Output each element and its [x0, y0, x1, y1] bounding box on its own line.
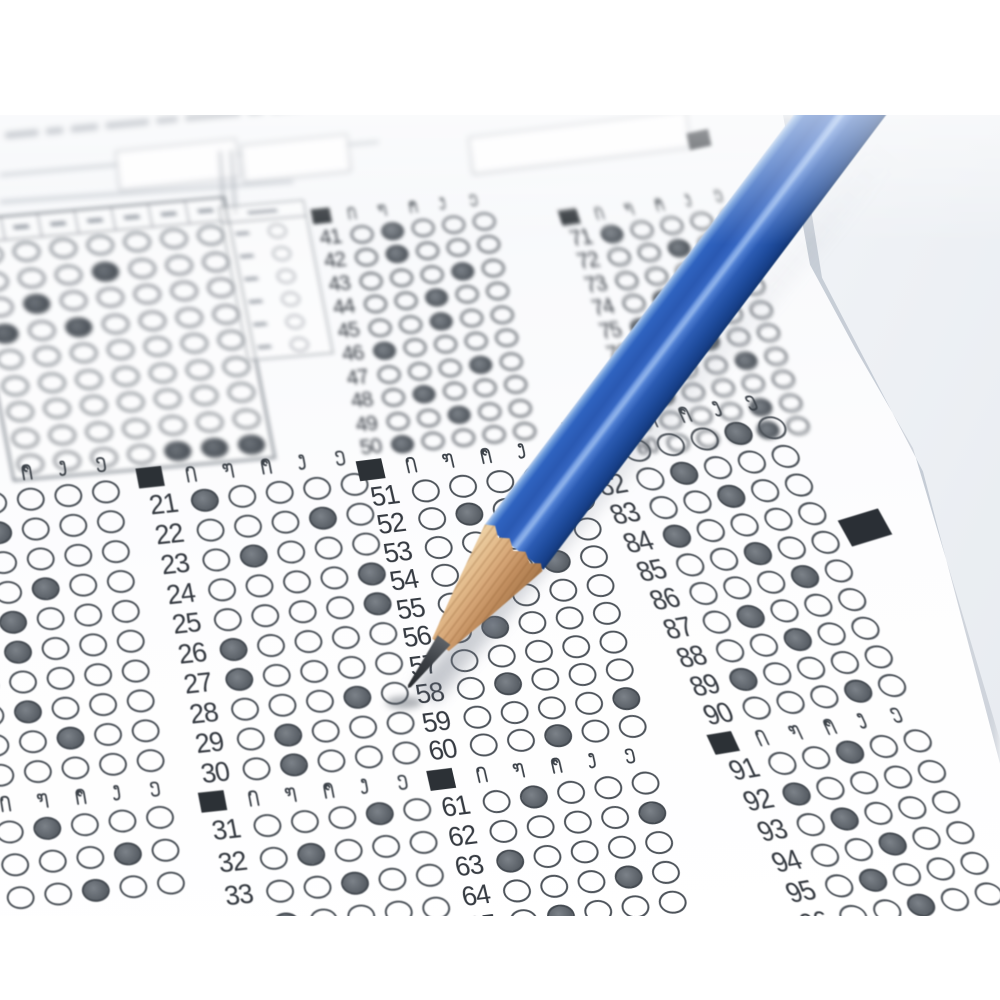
answer-bubble — [194, 517, 226, 543]
id-bubble — [121, 417, 152, 439]
answer-bubble — [0, 702, 6, 728]
choice-letter — [457, 188, 491, 210]
pencil-tip-shadow — [386, 696, 422, 709]
answer-bubble — [480, 258, 506, 278]
answer-bubble — [135, 747, 166, 773]
answer-bubble — [538, 873, 571, 899]
answer-bubble-filled — [217, 636, 249, 662]
answer-bubble-filled — [492, 671, 525, 697]
answer-bubble — [258, 845, 290, 871]
id-bubble — [159, 228, 190, 250]
choice-letter-icon — [395, 771, 411, 791]
answer-bubble — [383, 899, 415, 916]
answer-bubble — [17, 728, 48, 754]
code-bubble — [267, 223, 288, 238]
answer-bubble — [42, 881, 73, 907]
answer-bubble — [269, 509, 301, 535]
answer-bubble — [345, 903, 377, 916]
answer-bubble — [298, 658, 330, 684]
answer-bubble — [629, 769, 662, 795]
answer-bubble — [762, 346, 790, 367]
answer-bubble — [336, 654, 368, 680]
id-bubble — [137, 309, 168, 331]
answer-bubble — [874, 672, 911, 699]
answer-bubble-filled — [453, 501, 486, 527]
choice-letter — [97, 780, 138, 803]
id-bubble — [68, 342, 99, 364]
choice-letter-icon — [182, 463, 198, 483]
answer-bubble — [820, 557, 857, 584]
choice-letter-icon — [18, 461, 34, 481]
answer-bubble — [471, 211, 497, 231]
answer-bubble — [130, 718, 161, 744]
answer-bubble — [110, 598, 141, 624]
choice-letter — [461, 762, 503, 785]
answer-bubble — [794, 500, 831, 527]
answer-bubble — [575, 868, 608, 894]
answer-bubble-filled — [238, 543, 270, 569]
answer-bubble — [45, 665, 76, 691]
answer-bubble-filled — [364, 801, 396, 827]
answer-bubble-filled — [307, 505, 339, 531]
answer-bubble — [53, 482, 84, 508]
answer-bubble — [928, 789, 965, 816]
answer-bubble — [5, 885, 36, 911]
answer-bubble — [232, 513, 264, 539]
question-number: 33 — [202, 878, 264, 915]
answer-bubble — [402, 338, 428, 358]
answer-bubble — [275, 539, 307, 565]
answer-bubble — [398, 314, 424, 334]
choice-letter-icon — [514, 440, 531, 460]
answer-bubble-filled — [384, 244, 410, 264]
answer-bubble — [251, 813, 283, 839]
answer-bubble — [82, 661, 113, 687]
answer-bubble — [599, 804, 632, 830]
answer-bubble — [330, 624, 362, 650]
id-bubble — [11, 241, 42, 263]
id-bubble — [127, 257, 158, 279]
answer-bubble — [501, 877, 534, 903]
id-bubble — [0, 296, 15, 318]
choice-letter-icon — [245, 787, 261, 807]
answer-bubble — [547, 577, 580, 603]
id-bubble — [0, 270, 10, 292]
answer-bubble — [860, 643, 897, 670]
choice-letter-icon — [622, 745, 639, 765]
id-bubble — [47, 424, 78, 446]
id-bubble — [126, 443, 157, 465]
id-bubble — [16, 267, 47, 289]
answer-bubble — [264, 479, 296, 505]
choice-letter-icon — [220, 459, 236, 479]
answer-bubble — [807, 529, 844, 556]
answer-bubble — [419, 264, 445, 284]
answer-bubble — [656, 889, 689, 915]
choice-letter-icon — [886, 704, 907, 725]
choice-letter — [60, 784, 101, 807]
answer-bubble-filled — [2, 639, 33, 665]
answer-bubble — [302, 874, 334, 900]
answer-bubble — [243, 572, 275, 598]
answer-bubble — [0, 579, 24, 605]
choice-letter-icon — [622, 200, 636, 216]
answer-bubble — [0, 490, 9, 516]
answer-bubble — [568, 838, 601, 864]
answer-bubble — [7, 669, 38, 695]
choice-letter-icon — [320, 779, 336, 799]
answer-bubble — [913, 758, 950, 785]
answer-bubble — [573, 690, 606, 716]
id-bubble — [147, 362, 178, 384]
answer-bubble — [0, 852, 31, 878]
answer-bubble-filled — [732, 350, 760, 371]
answer-bubble — [476, 234, 502, 254]
id-bubble — [169, 280, 200, 302]
answer-bubble-filled — [223, 666, 255, 692]
answer-bubble — [354, 247, 380, 267]
answer-bubble — [40, 635, 71, 661]
answer-bubble — [292, 628, 324, 654]
answer-bubble — [226, 483, 258, 509]
choice-letter-icon — [741, 392, 762, 413]
answer-bubble — [50, 695, 81, 721]
question-number: 31 — [190, 812, 252, 849]
registration-square-icon — [426, 767, 456, 790]
answer-bubble — [333, 838, 365, 864]
id-bubble — [42, 398, 73, 420]
answer-bubble-filled — [341, 684, 373, 710]
answer-bubble-filled — [598, 223, 626, 244]
answer-bubble — [75, 845, 106, 871]
choice-letter — [282, 450, 323, 473]
registration-square-icon — [198, 790, 227, 813]
id-bubble — [179, 332, 210, 354]
answer-bubble-filled — [636, 799, 669, 825]
answer-bubble — [592, 774, 625, 800]
answer-bubble — [200, 547, 232, 573]
answer-bubble — [409, 478, 442, 504]
id-bubble — [10, 427, 41, 449]
id-bubble-filled — [63, 316, 94, 338]
answer-bubble-filled — [112, 841, 143, 867]
answer-bubble — [834, 586, 871, 613]
answer-bubble-filled — [542, 723, 575, 749]
answer-bubble — [942, 819, 979, 846]
answer-bubble — [266, 692, 298, 718]
answer-bubble — [635, 242, 663, 263]
id-bubble — [157, 414, 188, 436]
answer-bubble — [385, 411, 411, 431]
answer-bubble — [240, 755, 272, 781]
choice-letter-icon — [295, 451, 311, 471]
answer-bubble-filled — [612, 863, 645, 889]
id-bubble — [27, 319, 58, 341]
id-bubble — [194, 411, 225, 433]
answer-bubble — [261, 662, 293, 688]
answer-bubble — [781, 471, 818, 498]
answer-bubble — [69, 812, 100, 838]
answer-bubble — [441, 214, 467, 234]
answer-bubble-filled — [372, 341, 398, 361]
id-bubble — [122, 231, 153, 253]
answer-bubble — [67, 572, 98, 598]
answer-bubble-filled — [278, 751, 310, 777]
answer-bubble — [454, 284, 480, 304]
answer-bubble — [643, 829, 676, 855]
answer-bubble — [956, 850, 993, 877]
id-bubble — [0, 375, 31, 397]
choice-letter-icon — [147, 778, 163, 798]
answer-bubble — [212, 606, 244, 632]
choice-letter — [43, 456, 84, 479]
id-bubble — [142, 336, 173, 358]
registration-square-icon — [558, 208, 581, 225]
answer-bubble-filled — [272, 722, 304, 748]
answer-bubble — [97, 751, 128, 777]
id-bubble — [53, 264, 84, 286]
choice-letter — [875, 702, 918, 726]
answer-bubble-filled — [0, 519, 14, 545]
answer-bubble — [310, 718, 342, 744]
answer-bubble — [422, 534, 455, 560]
answer-bubble — [358, 271, 384, 291]
answer-bubble-filled — [380, 221, 406, 241]
answer-bubble — [95, 508, 126, 534]
id-bubble — [79, 394, 110, 416]
answer-bubble — [555, 779, 588, 805]
answer-bubble — [318, 565, 350, 591]
answer-bubble — [523, 638, 556, 664]
id-bubble — [85, 234, 116, 256]
choice-letter-icon — [257, 455, 273, 475]
id-bubble — [95, 287, 126, 309]
answer-bubble-filled — [0, 609, 29, 635]
answer-bubble — [264, 878, 296, 904]
choice-letter — [609, 744, 651, 767]
answer-sheet-photo: 2122232425262728293031323334414243444546… — [0, 115, 1000, 916]
answer-bubble — [229, 696, 261, 722]
id-bubble-filled — [21, 293, 52, 315]
answer-bubble-filled — [80, 878, 111, 904]
answer-bubble — [60, 755, 91, 781]
answer-bubble — [353, 744, 385, 770]
choice-letter-icon — [110, 782, 126, 802]
answer-bubble — [437, 358, 463, 378]
id-bubble — [152, 388, 183, 410]
answer-bubble — [415, 241, 441, 261]
answer-bubble — [0, 762, 16, 788]
answer-bubble — [324, 594, 356, 620]
answer-bubble — [524, 813, 557, 839]
id-bubble — [5, 401, 36, 423]
answer-bubble — [0, 672, 1, 698]
answer-bubble — [467, 732, 500, 758]
answer-bubble — [20, 516, 51, 542]
answer-bubble — [485, 281, 511, 301]
registration-square-icon — [135, 466, 164, 489]
answer-bubble-filled — [610, 685, 643, 711]
question-number: 30 — [179, 755, 241, 792]
answer-bubble-filled — [446, 404, 472, 424]
answer-bubble — [349, 224, 375, 244]
answer-bubble — [90, 479, 121, 505]
choice-letter-icon — [468, 191, 481, 207]
answer-bubble — [289, 809, 321, 835]
registration-square-icon — [356, 458, 386, 481]
choice-letter — [730, 390, 773, 414]
answer-bubble — [308, 907, 340, 916]
choice-letter — [81, 452, 122, 475]
answer-bubble — [235, 726, 267, 752]
answer-bubble — [107, 808, 138, 834]
id-bubble — [231, 408, 262, 430]
answer-bubble — [367, 317, 393, 337]
answer-bubble-filled — [270, 911, 302, 916]
id-bubble — [115, 391, 146, 413]
answer-bubble — [313, 535, 345, 561]
id-bubble-filled — [0, 322, 20, 344]
choice-letter-icon — [406, 198, 419, 214]
registration-square-icon — [706, 731, 740, 755]
choice-letter — [232, 786, 273, 809]
answer-bubble — [100, 538, 131, 564]
answer-bubble-filled — [494, 848, 527, 874]
photo-canvas: 2122232425262728293031323334414243444546… — [0, 0, 1000, 1000]
answer-bubble — [899, 727, 936, 754]
answer-bubble — [301, 475, 333, 501]
answer-bubble — [628, 219, 656, 240]
answer-bubble — [62, 542, 93, 568]
answer-bubble — [616, 714, 649, 740]
choice-letter — [307, 778, 348, 801]
answer-bubble — [447, 473, 480, 499]
answer-bubble — [531, 843, 564, 869]
answer-bubble — [605, 247, 633, 268]
choice-letter-icon — [345, 204, 358, 220]
answer-bubble — [658, 215, 686, 236]
choice-letter-icon — [818, 715, 839, 736]
answer-bubble-filled — [339, 870, 371, 896]
answer-bubble — [584, 572, 617, 598]
id-bubble — [74, 368, 105, 390]
answer-bubble — [35, 605, 66, 631]
answer-bubble — [347, 714, 379, 740]
choice-letter — [207, 458, 248, 481]
answer-bubble — [125, 688, 156, 714]
choice-letter-icon — [0, 793, 13, 813]
answer-bubble-filled — [424, 288, 450, 308]
choice-letter — [345, 774, 386, 797]
answer-bubble — [92, 721, 123, 747]
answer-bubble-filled — [189, 487, 221, 513]
choice-letter — [22, 788, 63, 811]
choice-letter-icon — [592, 204, 606, 220]
answer-bubble — [507, 907, 540, 916]
choice-letter-icon — [376, 201, 389, 217]
answer-bubble — [769, 369, 797, 390]
choice-letter-icon — [93, 453, 109, 473]
registration-square-icon — [310, 207, 332, 224]
answer-bubble — [389, 267, 415, 287]
answer-bubble — [281, 568, 313, 594]
choice-letter — [135, 777, 176, 800]
answer-bubble — [485, 643, 518, 669]
code-bubble — [271, 245, 292, 260]
choice-letter-icon — [652, 195, 666, 211]
answer-bubble — [0, 549, 19, 575]
choice-letter-icon — [72, 785, 88, 805]
choice-letter-icon — [473, 764, 490, 784]
answer-bubble-filled — [545, 902, 578, 916]
answer-bubble-filled — [468, 354, 494, 374]
id-bubble — [84, 421, 115, 443]
answer-bubble — [489, 305, 515, 325]
id-bubble — [105, 339, 136, 361]
answer-bubble-filled — [450, 261, 476, 281]
choice-letter-icon — [510, 759, 527, 779]
choice-letter-icon — [56, 457, 72, 477]
choice-letter — [464, 443, 506, 466]
answer-bubble — [516, 610, 549, 636]
choice-letter-icon — [712, 187, 726, 203]
answer-bubble-filled — [12, 699, 43, 725]
answer-bubble — [442, 381, 468, 401]
answer-bubble — [363, 294, 389, 314]
choice-letter-icon — [357, 775, 373, 795]
answer-bubble — [206, 576, 238, 602]
answer-bubble-filled — [55, 725, 86, 751]
answer-bubble — [155, 870, 186, 896]
answer-bubble — [22, 758, 53, 784]
answer-bubble — [144, 805, 175, 831]
answer-bubble-filled — [30, 576, 61, 602]
answer-bubble — [498, 351, 524, 371]
id-bubble — [100, 313, 131, 335]
choice-letter-icon — [282, 783, 298, 803]
answer-bubble — [582, 898, 615, 916]
answer-bubble — [72, 602, 103, 628]
choice-letter-icon — [34, 789, 50, 809]
id-bubble — [226, 382, 257, 404]
answer-bubble-filled — [295, 841, 327, 867]
choice-letter — [572, 748, 614, 771]
id-bubble — [32, 345, 63, 367]
answer-bubble — [529, 666, 562, 692]
answer-bubble — [767, 443, 804, 470]
answer-bubble — [115, 628, 146, 654]
answer-bubble — [566, 662, 599, 688]
answer-bubble — [255, 632, 287, 658]
answer-bubble — [620, 293, 648, 314]
id-bubble — [0, 349, 25, 371]
answer-bubble — [57, 512, 88, 538]
answer-bubble — [15, 486, 46, 512]
answer-bubble — [416, 506, 449, 532]
answer-bubble — [613, 270, 641, 291]
answer-bubble — [393, 291, 419, 311]
answer-bubble — [487, 818, 520, 844]
answer-bubble-filled — [428, 311, 454, 331]
choice-letter-icon — [439, 449, 456, 469]
answer-bubble — [376, 866, 408, 892]
answer-bubble-filled — [32, 816, 63, 842]
answer-bubble — [536, 695, 569, 721]
id-bubble — [48, 237, 79, 259]
answer-bubble — [477, 401, 503, 421]
answer-bubble — [461, 704, 494, 730]
choice-letter — [365, 198, 399, 220]
